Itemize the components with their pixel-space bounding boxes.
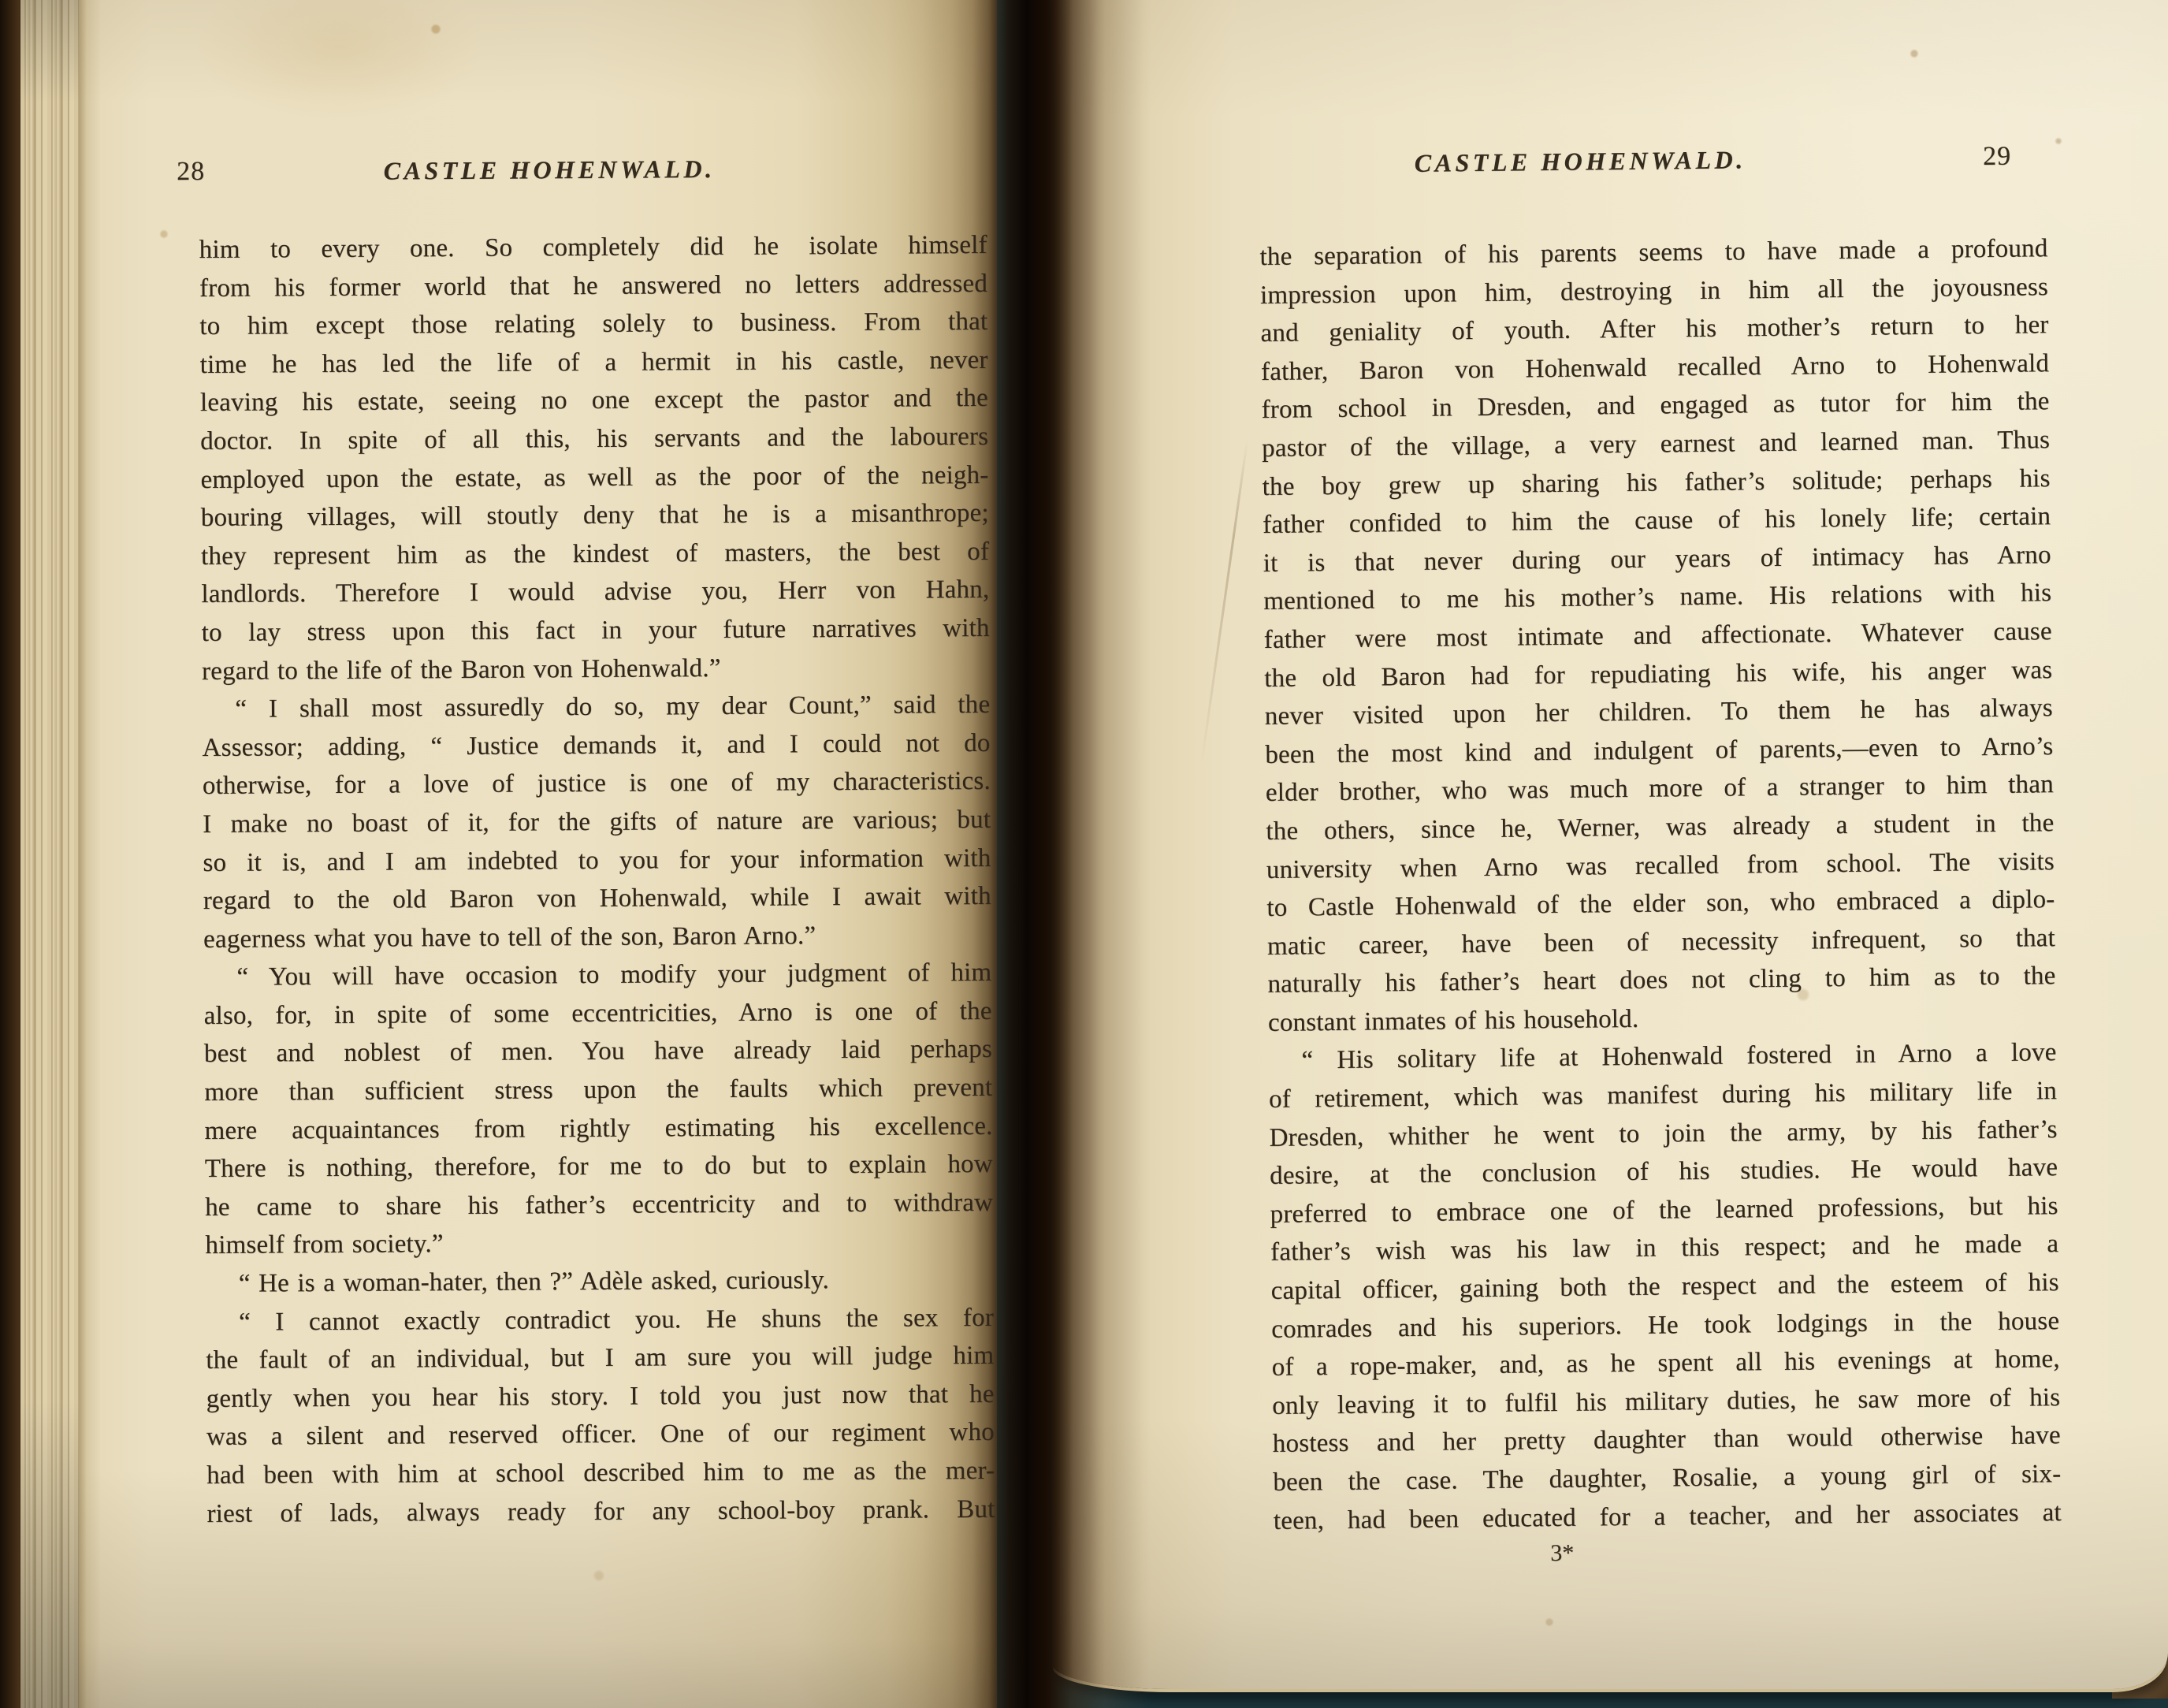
text-line: he came to share his father’s eccentrici… [205,1184,993,1227]
text-line: to lay stress upon this fact in your fut… [202,609,990,653]
text-line: There is nothing, therefore, for me to d… [205,1145,993,1189]
page-number-right: 29 [1983,139,2011,175]
text-line: otherwise, for a love of justice is one … [203,762,991,806]
text-line: I make no boast of it, for the gifts of … [203,801,991,844]
text-line: “ I shall most assuredly do so, my dear … [202,686,990,729]
page-body-right: the separation of his parents seems to h… [1259,229,2062,1540]
text-line: eagerness what you have to tell of the s… [203,916,991,959]
text-line: they represent him as the kindest of mas… [201,533,989,576]
text-line: gently when you hear his story. I told y… [206,1375,995,1419]
text-line: had been with him at school described hi… [206,1452,995,1495]
text-line: Assessor; adding, “ Justice demands it, … [202,724,990,768]
text-line: bouring villages, will stoutly deny that… [201,494,989,538]
text-line: the fault of an individual, but I am sur… [206,1337,994,1380]
text-line: landlords. Therefore I would advise you,… [201,571,989,614]
text-line: leaving his estate, seeing no one except… [200,379,988,422]
text-line: “ He is a woman-hater, then ?” Adèle ask… [206,1260,994,1304]
text-line: “ I cannot exactly contradict you. He sh… [206,1298,994,1341]
text-line: also, for, in spite of some eccentriciti… [204,992,992,1036]
running-header-right: CASTLE HOHENWALD. 29 [1259,138,2047,183]
text-line: was a silent and reserved officer. One o… [206,1413,995,1457]
text-line: himself from society.” [205,1222,993,1265]
text-line: “ You will have occasion to modify your … [203,954,991,997]
page-body-left: him to every one. So completely did he i… [199,226,995,1533]
text-line: to him except those relating solely to b… [199,303,987,346]
text-line: best and noblest of men. You have alread… [204,1030,992,1074]
text-line: employed upon the estate, as well as the… [200,456,988,499]
running-title-right: CASTLE HOHENWALD. [1186,139,1974,184]
running-title-left: CASTLE HOHENWALD. [155,149,943,190]
text-line: from his former world that he answered n… [199,264,987,307]
text-line: teen, had been educated for a teacher, a… [1274,1494,2062,1540]
text-line: regard to the old Baron von Hohenwald, w… [203,877,991,921]
text-line: regard to the life of the Baron von Hohe… [202,647,990,690]
text-line: more than sufficient stress upon the fau… [204,1069,992,1112]
running-header-left: 28 CASTLE HOHENWALD. [199,149,987,190]
open-book-scan: 28 CASTLE HOHENWALD. him to every one. S… [0,0,2168,1708]
text-line: him to every one. So completely did he i… [199,226,987,270]
text-line: so it is, and I am indebted to you for y… [203,839,991,882]
text-line: time he has led the life of a hermit in … [199,341,987,385]
text-line: riest of lads, always ready for any scho… [206,1490,995,1533]
page-28-content: 28 CASTLE HOHENWALD. him to every one. S… [199,149,995,1533]
page-29-content: CASTLE HOHENWALD. 29 the separation of h… [1259,138,2062,1570]
text-line: mere acquaintances from rightly estimati… [204,1107,992,1151]
page-stack-edges [20,0,87,1708]
text-line: doctor. In spite of all this, his servan… [200,418,988,461]
